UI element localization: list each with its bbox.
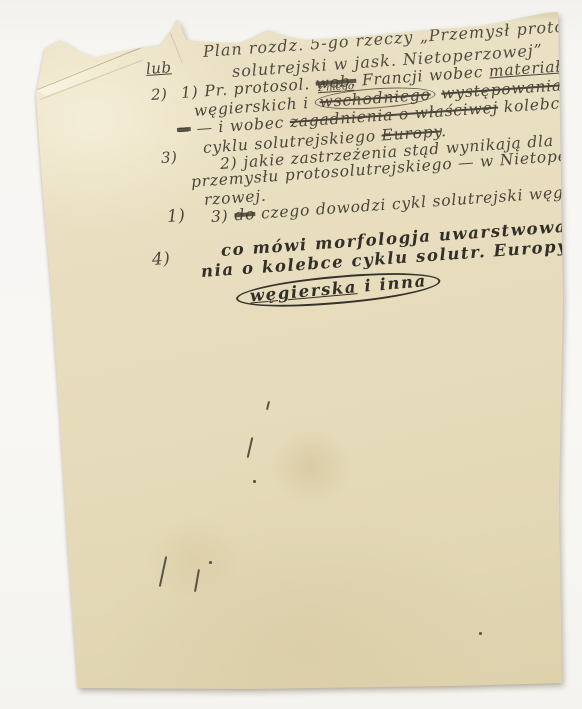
scanned-document-page: { "page": { "background_color": "#f7f6f3… bbox=[0, 0, 582, 709]
margin-note-or: lub bbox=[145, 58, 172, 78]
paper-surface: lub 2) 3) 1) 4) Plan rozdz. 5-go rzeczy … bbox=[0, 0, 582, 709]
torn-edge-shading bbox=[45, 12, 562, 22]
pencil-slash-mark bbox=[194, 569, 200, 592]
item1-l3-post: kolebce bbox=[497, 94, 570, 117]
margin-number: 3) bbox=[160, 148, 178, 167]
item3-scribbled-word: do bbox=[234, 205, 256, 224]
margin-note-1: 1) bbox=[166, 206, 186, 227]
handwritten-content: lub 2) 3) 1) 4) Plan rozdz. 5-go rzeczy … bbox=[0, 0, 582, 709]
margin-note-2: 2) bbox=[150, 85, 168, 104]
item1-l4-post: . bbox=[440, 122, 447, 140]
margin-note-4: 4) bbox=[151, 249, 171, 270]
item1-l3-deleted-mark: = bbox=[176, 120, 191, 139]
pencil-tick-mark bbox=[266, 401, 270, 410]
pencil-dot-mark bbox=[209, 561, 212, 564]
margin-or-label: lub bbox=[145, 58, 172, 78]
item3-text: czego dowodzi cykl solutrejski węgier.? bbox=[255, 181, 582, 223]
item4-oval-rest: i inna bbox=[356, 271, 427, 296]
pencil-dot-mark bbox=[253, 480, 256, 483]
pencil-slash-mark bbox=[159, 556, 167, 587]
margin-note-3: 3) bbox=[160, 148, 178, 167]
item3-number: 3) bbox=[210, 207, 229, 226]
margin-number: 1) bbox=[166, 206, 186, 227]
margin-number: 4) bbox=[151, 249, 171, 270]
paper-sheet: lub 2) 3) 1) 4) Plan rozdz. 5-go rzeczy … bbox=[0, 0, 582, 709]
margin-number: 2) bbox=[150, 85, 168, 104]
item1-number: 1) bbox=[180, 83, 199, 102]
pencil-slash-mark bbox=[247, 437, 253, 458]
item4-oval-underlined-word: węgierska bbox=[249, 277, 358, 305]
